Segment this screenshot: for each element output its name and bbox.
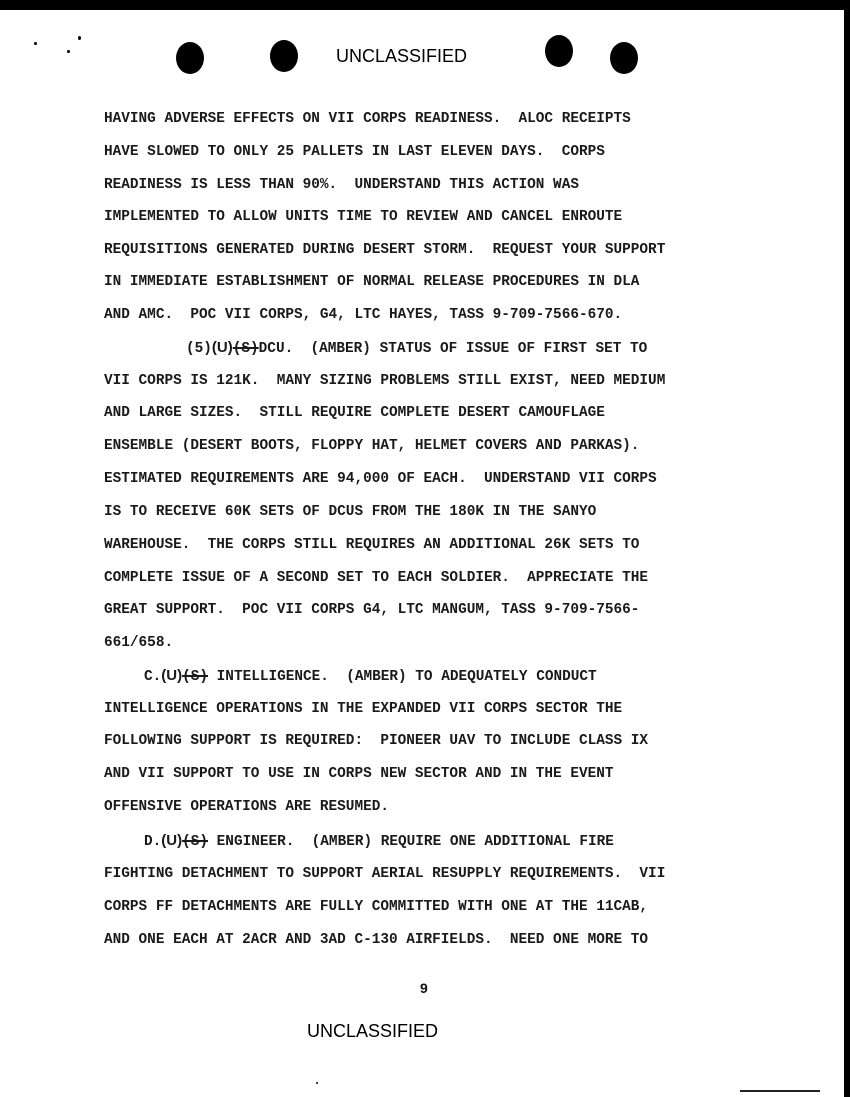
paragraph-heading-line: D.(U)(S) ENGINEER. (AMBER) REQUIRE ONE A… — [144, 832, 614, 851]
page-top-border — [0, 0, 850, 10]
text-line: HAVING ADVERSE EFFECTS ON VII CORPS READ… — [104, 110, 631, 128]
scan-speck — [34, 42, 37, 45]
page-right-border — [844, 10, 850, 1097]
text-line: AND VII SUPPORT TO USE IN CORPS NEW SECT… — [104, 765, 614, 783]
text-line: FIGHTING DETACHMENT TO SUPPORT AERIAL RE… — [104, 865, 665, 883]
handwritten-classification: (U) — [161, 667, 182, 684]
struck-classification: (S) — [182, 834, 208, 850]
paragraph-marker: D. — [144, 834, 161, 850]
text-line: IN IMMEDIATE ESTABLISHMENT OF NORMAL REL… — [104, 273, 639, 291]
punch-hole-icon — [270, 40, 298, 72]
text-line: ESTIMATED REQUIREMENTS ARE 94,000 OF EAC… — [104, 470, 657, 488]
punch-hole-icon — [176, 42, 204, 74]
text-line: 661/658. — [104, 634, 173, 652]
header-classification: UNCLASSIFIED — [336, 46, 467, 67]
scan-speck — [316, 1082, 318, 1084]
text-line: WAREHOUSE. THE CORPS STILL REQUIRES AN A… — [104, 536, 639, 554]
text-line: IS TO RECEIVE 60K SETS OF DCUS FROM THE … — [104, 503, 596, 521]
text-line: VII CORPS IS 121K. MANY SIZING PROBLEMS … — [104, 372, 665, 390]
text-line: HAVE SLOWED TO ONLY 25 PALLETS IN LAST E… — [104, 143, 605, 161]
paragraph-marker: C. — [144, 669, 161, 685]
text-line: ENSEMBLE (DESERT BOOTS, FLOPPY HAT, HELM… — [104, 437, 639, 455]
text-line: FOLLOWING SUPPORT IS REQUIRED: PIONEER U… — [104, 732, 648, 750]
text-line: IMPLEMENTED TO ALLOW UNITS TIME TO REVIE… — [104, 208, 622, 226]
paragraph-marker: (5) — [186, 341, 212, 357]
struck-classification: (S) — [182, 669, 208, 685]
handwritten-classification: (U) — [212, 339, 233, 356]
heading-text: ENGINEER. (AMBER) REQUIRE ONE ADDITIONAL… — [217, 834, 614, 850]
page-bottom-line — [740, 1090, 820, 1092]
text-line: READINESS IS LESS THAN 90%. UNDERSTAND T… — [104, 176, 579, 194]
text-line: GREAT SUPPORT. POC VII CORPS G4, LTC MAN… — [104, 601, 639, 619]
text-line: COMPLETE ISSUE OF A SECOND SET TO EACH S… — [104, 569, 648, 587]
struck-classification: (S) — [233, 341, 259, 357]
text-line: INTELLIGENCE OPERATIONS IN THE EXPANDED … — [104, 700, 622, 718]
punch-hole-icon — [545, 35, 573, 67]
footer-classification: UNCLASSIFIED — [307, 1021, 438, 1042]
scan-speck — [67, 50, 70, 53]
text-line: OFFENSIVE OPERATIONS ARE RESUMED. — [104, 798, 389, 816]
heading-text: DCU. (AMBER) STATUS OF ISSUE OF FIRST SE… — [259, 341, 648, 357]
text-line: AND LARGE SIZES. STILL REQUIRE COMPLETE … — [104, 404, 605, 422]
paragraph-heading-line: C.(U)(S) INTELLIGENCE. (AMBER) TO ADEQUA… — [144, 667, 597, 686]
text-line: CORPS FF DETACHMENTS ARE FULLY COMMITTED… — [104, 898, 648, 916]
heading-text: INTELLIGENCE. (AMBER) TO ADEQUATELY COND… — [217, 669, 597, 685]
page-number: 9 — [420, 980, 428, 996]
scan-speck — [78, 36, 81, 40]
paragraph-heading-line: (5)(U)(S)DCU. (AMBER) STATUS OF ISSUE OF… — [186, 339, 647, 358]
text-line: REQUISITIONS GENERATED DURING DESERT STO… — [104, 241, 665, 259]
handwritten-classification: (U) — [161, 832, 182, 849]
punch-hole-icon — [610, 42, 638, 74]
text-line: AND AMC. POC VII CORPS, G4, LTC HAYES, T… — [104, 306, 622, 324]
text-line: AND ONE EACH AT 2ACR AND 3AD C-130 AIRFI… — [104, 931, 648, 949]
